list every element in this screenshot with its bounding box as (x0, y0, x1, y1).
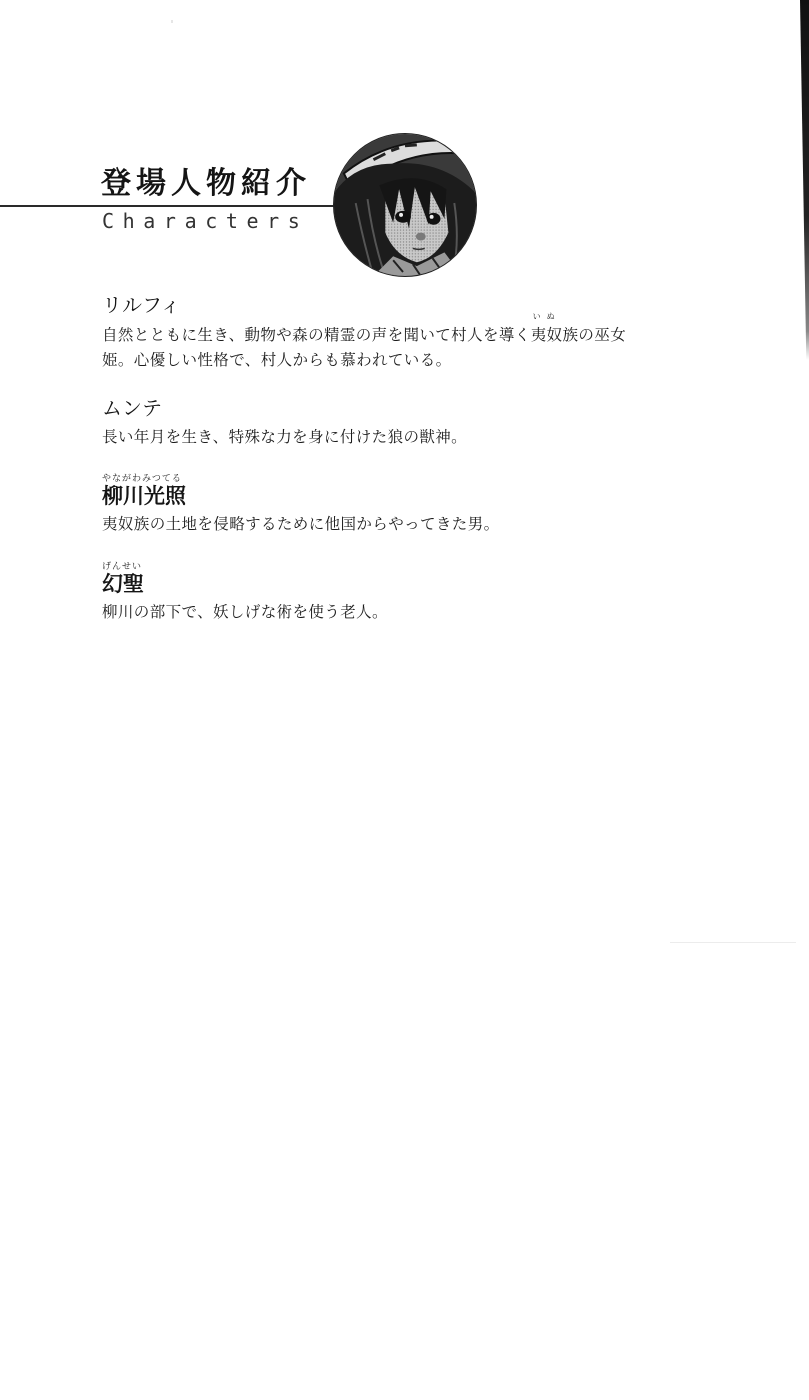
ruby-term: いぬ夷奴 (531, 323, 563, 348)
portrait-illustration-icon (334, 134, 476, 276)
character-entry-yanagawa: やながわみつてる 柳川光照 夷奴族の土地を侵略するために他国からやってきた男。 (102, 474, 500, 537)
character-portrait (333, 133, 477, 277)
character-description: 夷奴族の土地を侵略するために他国からやってきた男。 (102, 512, 500, 537)
page-title: 登場人物紹介 (101, 166, 311, 202)
furigana: げんせい (102, 562, 388, 572)
character-entry-munte: ムンテ 長い年月を生き、特殊な力を身に付けた狼の獣神。 (102, 396, 467, 450)
description-line: 柳川の部下で、妖しげな術を使う老人。 (102, 600, 388, 625)
character-description: 長い年月を生き、特殊な力を身に付けた狼の獣神。 (102, 425, 467, 450)
character-name: 柳川光照 (102, 484, 500, 508)
furigana: いぬ (531, 312, 563, 321)
page-binding-edge (800, 0, 809, 360)
description-line: 自然とともに生き、動物や森の精霊の声を聞いて村人を導くいぬ夷奴族の巫女 (102, 323, 626, 348)
header-divider (0, 205, 336, 207)
scan-speck (171, 20, 173, 23)
faint-scan-line (670, 942, 796, 943)
character-name: 幻聖 (102, 572, 388, 596)
character-description: 柳川の部下で、妖しげな術を使う老人。 (102, 600, 388, 625)
character-description: 自然とともに生き、動物や森の精霊の声を聞いて村人を導くいぬ夷奴族の巫女 姫。心優… (102, 323, 626, 373)
page-subtitle: Characters (102, 209, 308, 233)
character-entry-rilfie: リルフィ 自然とともに生き、動物や森の精霊の声を聞いて村人を導くいぬ夷奴族の巫女… (102, 293, 626, 373)
character-entry-gensei: げんせい 幻聖 柳川の部下で、妖しげな術を使う老人。 (102, 562, 388, 625)
description-line: 夷奴族の土地を侵略するために他国からやってきた男。 (102, 512, 500, 537)
description-line: 長い年月を生き、特殊な力を身に付けた狼の獣神。 (102, 425, 467, 450)
character-name: ムンテ (102, 396, 467, 420)
description-line: 姫。心優しい性格で、村人からも慕われている。 (102, 348, 626, 373)
